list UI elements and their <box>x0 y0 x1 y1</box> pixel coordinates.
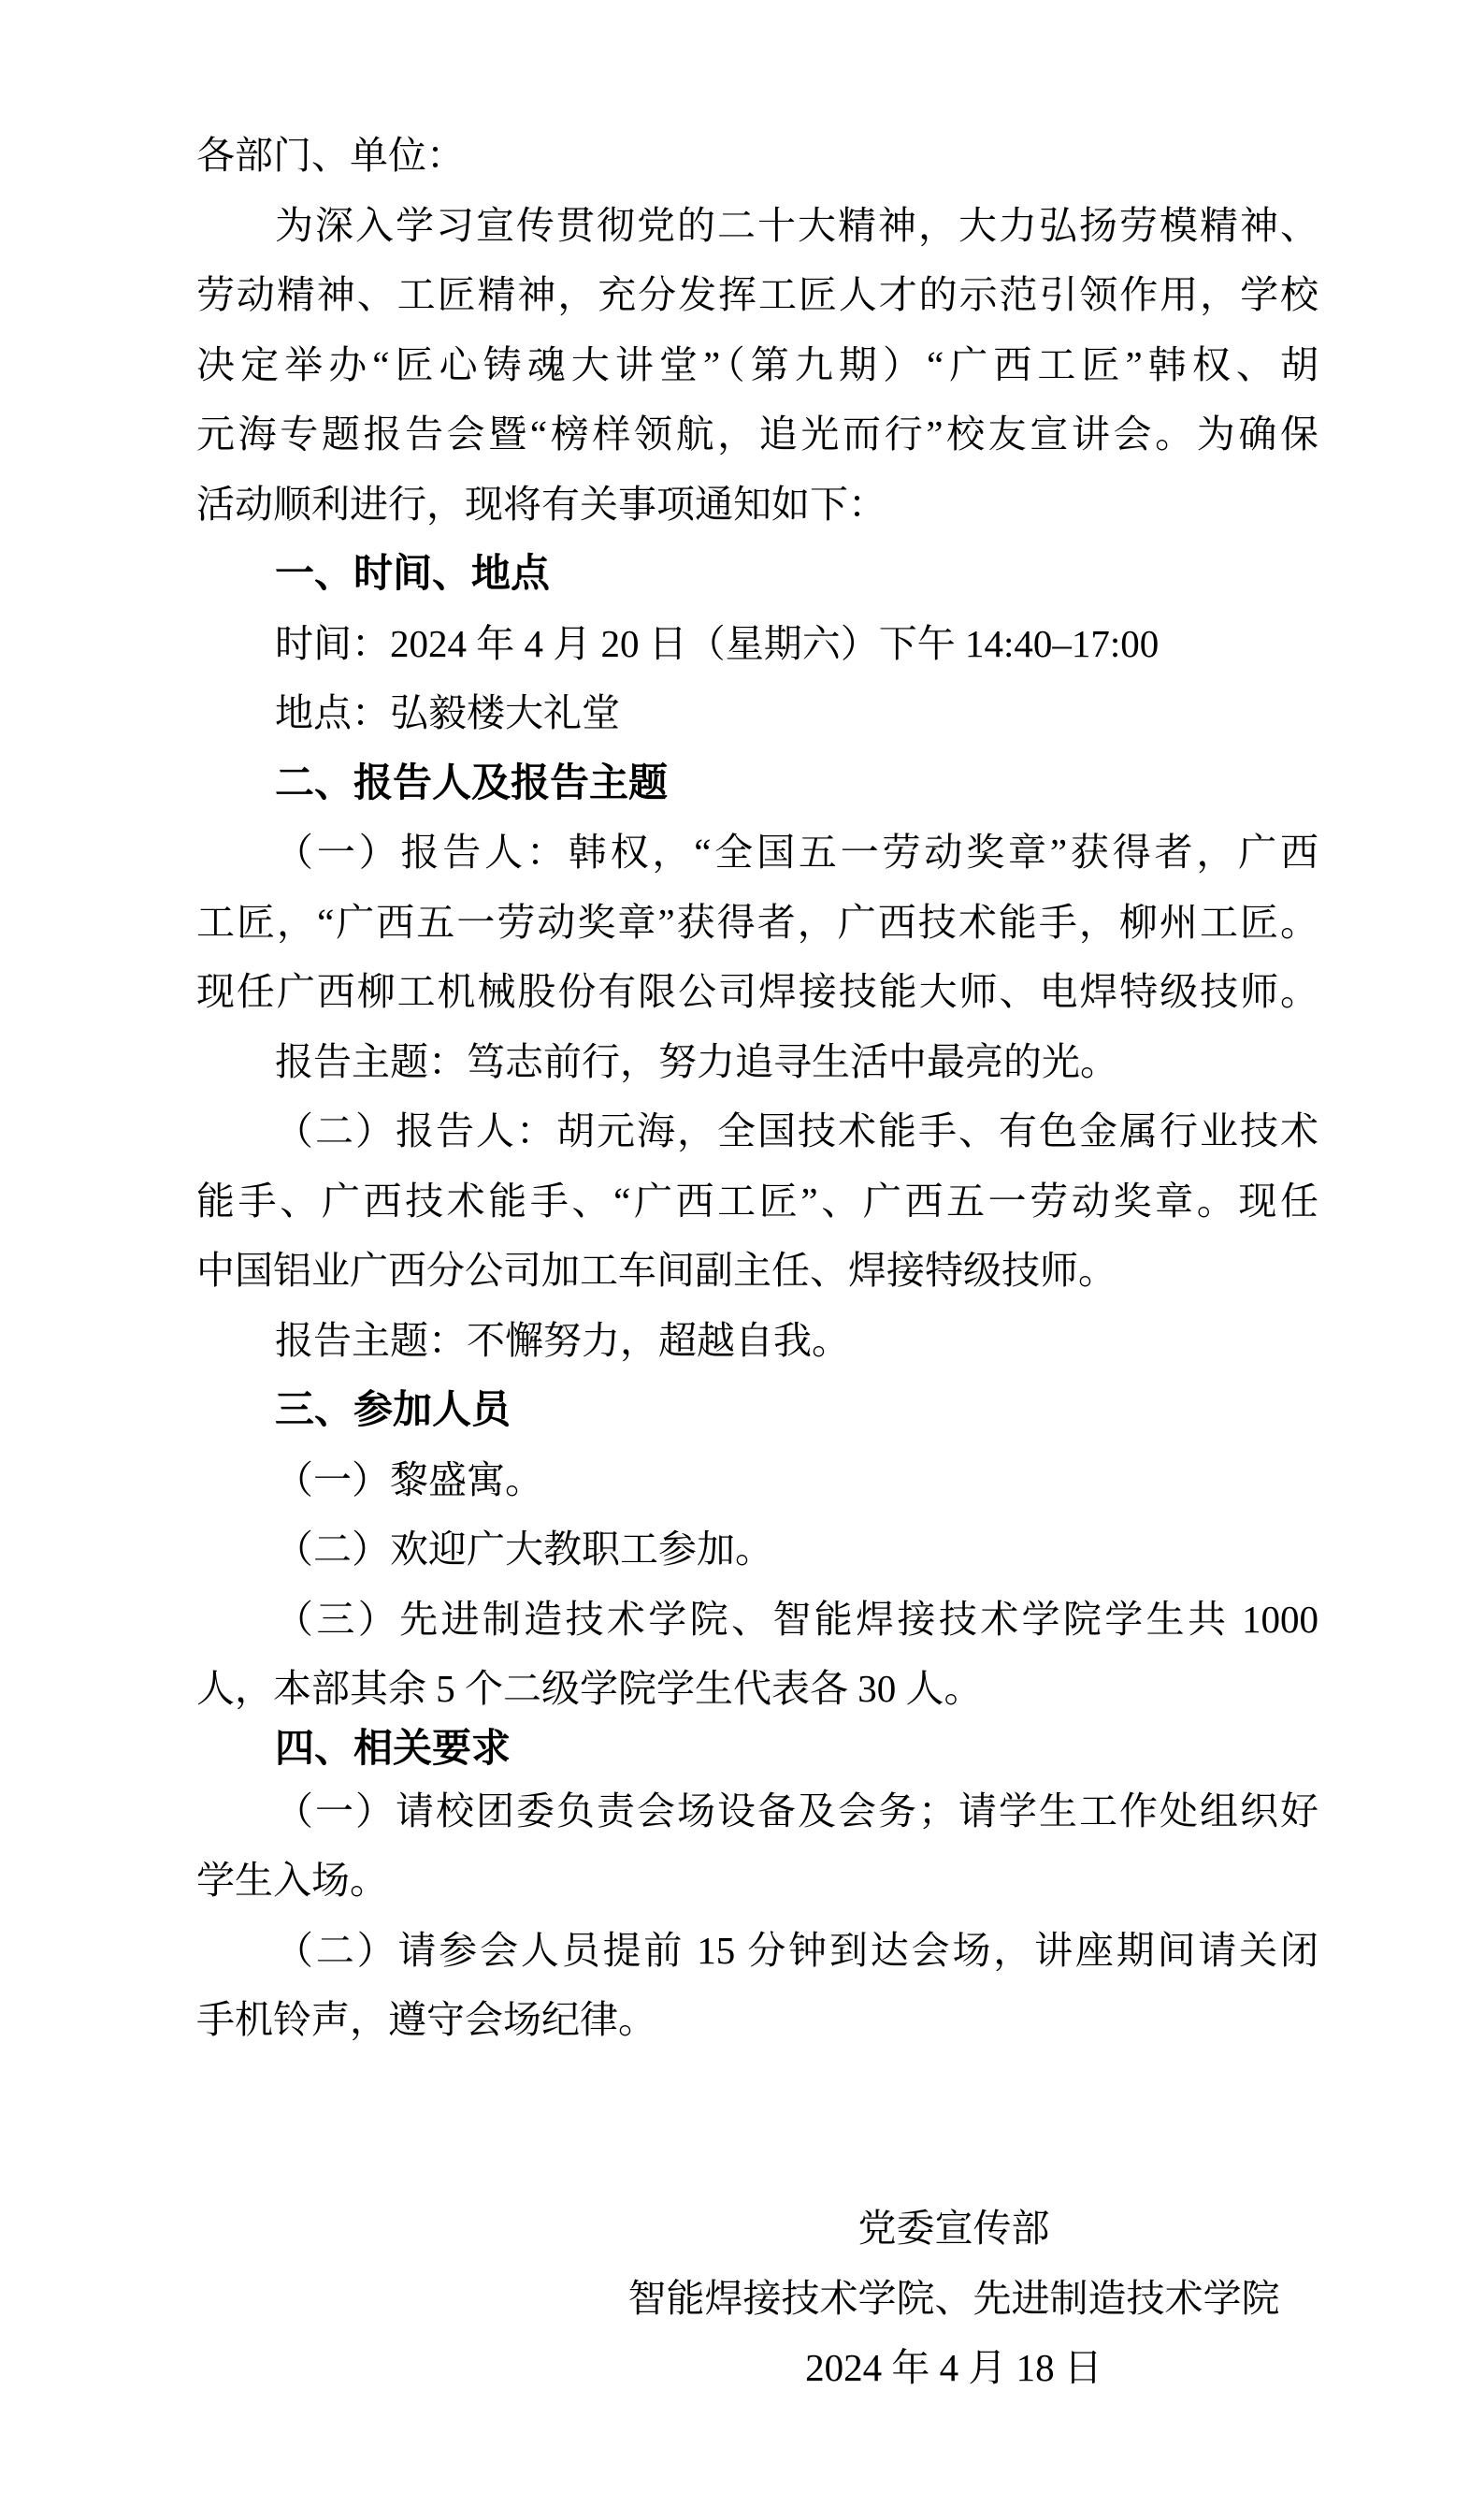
text-line: 中国铝业广西分公司加工车间副主任、焊接特级技师。 <box>196 1236 1318 1306</box>
text-line: （二）报告人：胡元海，全国技术能手、有色金属行业技术 <box>196 1096 1318 1166</box>
document-body: 各部门、单位：为深入学习宣传贯彻党的二十大精神，大力弘扬劳模精神、劳动精神、工匠… <box>196 121 1318 2055</box>
text-line: 工匠，“广西五一劳动奖章”获得者，广西技术能手，柳州工匠。 <box>196 888 1318 958</box>
section-heading: 二、报告人及报告主题 <box>196 748 1318 818</box>
text-line: 活动顺利进行，现将有关事项通知如下： <box>196 470 1318 540</box>
document-page: 各部门、单位：为深入学习宣传贯彻党的二十大精神，大力弘扬劳模精神、劳动精神、工匠… <box>0 0 1484 2520</box>
section-heading: 一、时间、地点 <box>196 539 1318 609</box>
text-line: 手机铃声，遵守会场纪律。 <box>196 1985 1318 2055</box>
text-line: 报告主题：笃志前行，努力追寻生活中最亮的光。 <box>196 1027 1318 1097</box>
text-line: （一）请校团委负责会场设备及会务；请学生工作处组织好 <box>196 1776 1318 1847</box>
text-line: （一）黎盛寓。 <box>196 1445 1318 1515</box>
signer-department: 党委宣传部 <box>589 2194 1318 2264</box>
text-line: 劳动精神、工匠精神，充分发挥工匠人才的示范引领作用，学校 <box>196 260 1318 330</box>
text-line: 决定举办“匠心铸魂大讲堂”（第九期）“广西工匠”韩权、胡 <box>196 330 1318 400</box>
signature-block: 党委宣传部智能焊接技术学院、先进制造技术学院2024 年 4 月 18 日 <box>589 2194 1318 2403</box>
text-line: 地点：弘毅楼大礼堂 <box>196 678 1318 748</box>
text-line: 元海专题报告会暨“榜样领航，追光而行”校友宣讲会。为确保 <box>196 399 1318 470</box>
text-line: 人，本部其余 5 个二级学院学生代表各 30 人。 <box>196 1654 1318 1724</box>
text-line: （一）报告人：韩权，“全国五一劳动奖章”获得者，广西 <box>196 818 1318 888</box>
text-line: 报告主题：不懈努力，超越自我。 <box>196 1306 1318 1376</box>
text-line: 能手、广西技术能手、“广西工匠”、广西五一劳动奖章。现任 <box>196 1166 1318 1237</box>
text-line: （二）欢迎广大教职工参加。 <box>196 1514 1318 1585</box>
text-line: 为深入学习宣传贯彻党的二十大精神，大力弘扬劳模精神、 <box>196 191 1318 261</box>
section-heading: 四、相关要求 <box>196 1724 1318 1776</box>
text-line: 学生入场。 <box>196 1846 1318 1916</box>
text-line: 现任广西柳工机械股份有限公司焊接技能大师、电焊特级技师。 <box>196 957 1318 1027</box>
salutation: 各部门、单位： <box>196 121 1318 191</box>
section-heading: 三、参加人员 <box>196 1375 1318 1445</box>
text-line: 时间：2024 年 4 月 20 日（星期六）下午 14:40–17:00 <box>196 609 1318 679</box>
text-line: （三）先进制造技术学院、智能焊接技术学院学生共 1000 <box>196 1585 1318 1655</box>
signer-colleges: 智能焊接技术学院、先进制造技术学院 <box>589 2264 1318 2334</box>
text-line: （二）请参会人员提前 15 分钟到达会场，讲座期间请关闭 <box>196 1916 1318 1986</box>
date-line: 2024 年 4 月 18 日 <box>589 2333 1318 2403</box>
